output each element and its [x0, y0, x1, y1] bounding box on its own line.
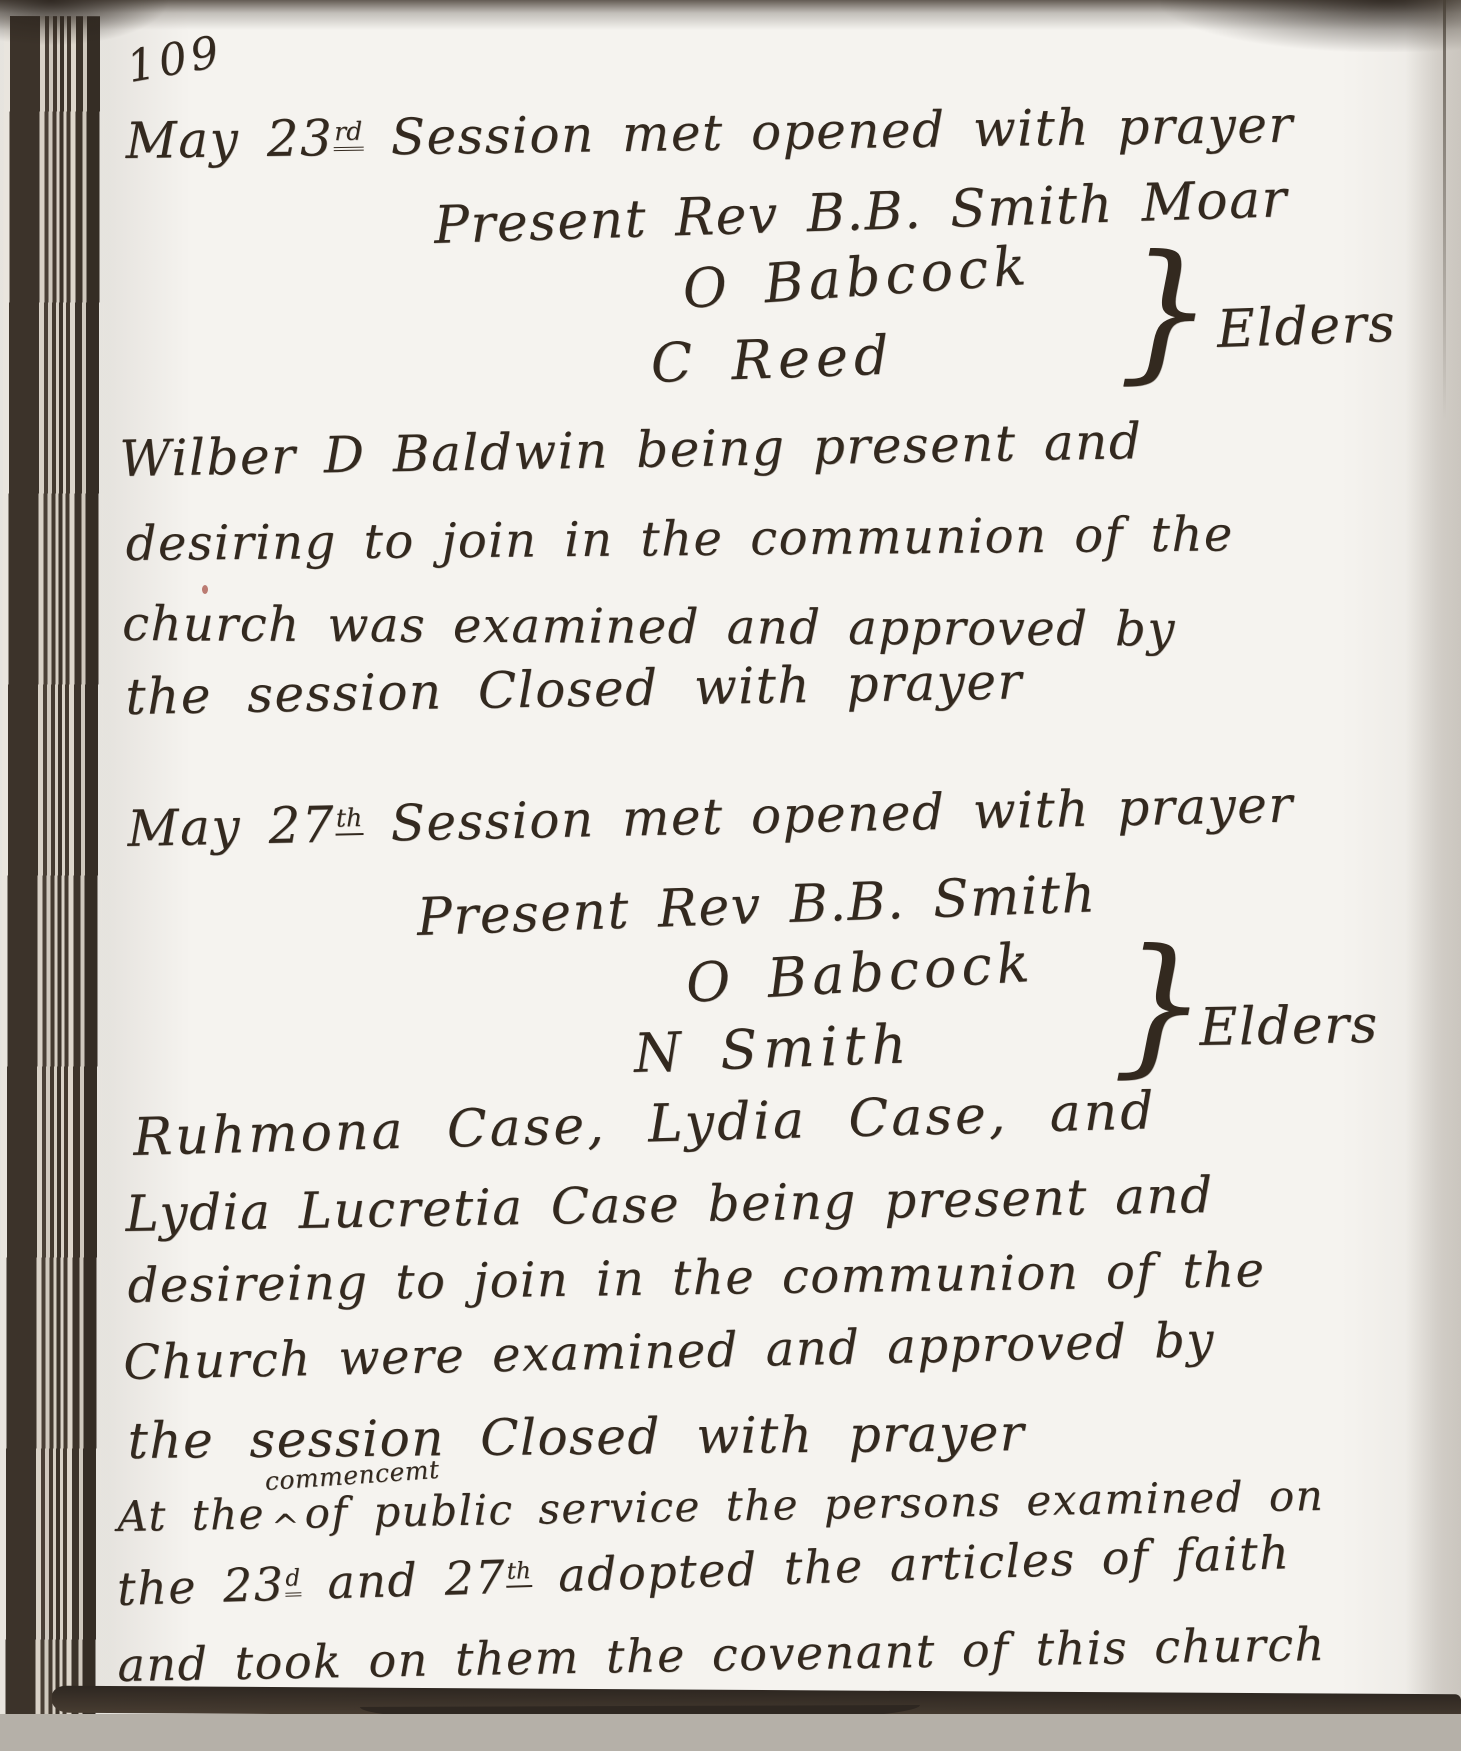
closing-line-1-post: of public service the persons examined o…: [304, 1471, 1324, 1538]
entry2-body-line-5: the session Closed with prayer: [127, 1404, 1025, 1470]
insertion-caret: ^: [271, 1507, 301, 1547]
entry2-heading: May 27th Session met opened with prayer: [127, 776, 1294, 858]
entry2-elders-brace: }: [1112, 930, 1209, 1080]
entry1-body-line-4: the session Closed with prayer: [125, 652, 1023, 726]
closing-line-2-ordinal-2: th: [505, 1558, 532, 1588]
scan-shadow-top: [0, 0, 1461, 34]
scan-shadow-right: [1405, 0, 1461, 1751]
ink-speck: [202, 585, 208, 594]
entry2-heading-text: Session met opened with prayer: [363, 776, 1295, 853]
entry2-body-line-1: Ruhmona Case, Lydia Case, and: [132, 1081, 1157, 1168]
entry2-heading-date: May 27: [127, 796, 336, 858]
closing-line-2-ordinal-1: d: [284, 1565, 302, 1597]
entry2-body-line-4: Church were examined and approved by: [123, 1312, 1216, 1391]
closing-line-1-pre: At the: [117, 1489, 265, 1541]
entry1-heading-text: Session met opened with prayer: [363, 96, 1294, 167]
entry1-elder-2: C Reed: [650, 324, 896, 395]
book-binding-edge: [0, 16, 104, 1716]
entry1-body-line-1: Wilber D Baldwin being present and: [119, 412, 1143, 488]
closing-line-2-mid: and 27: [300, 1550, 506, 1610]
page-fold-line: [1443, 0, 1446, 420]
entry1-elders-label: Elders: [1216, 294, 1397, 360]
entry1-body-line-3: church was examined and approved by: [122, 596, 1176, 658]
closing-line-2-pre: the 23: [116, 1557, 285, 1616]
entry2-heading-ordinal: th: [335, 803, 364, 836]
entry1-body-line-2: desiring to join in the communion of the: [126, 506, 1234, 572]
entry1-elder-1: O Babcock: [681, 234, 1033, 321]
scanned-page: 109 May 23rd Session met opened with pra…: [0, 0, 1461, 1751]
entry1-heading-date: May 23: [125, 109, 334, 170]
entry2-elders-label: Elders: [1199, 995, 1379, 1058]
entry2-elder-1: O Babcock: [684, 931, 1036, 1015]
entry2-body-line-3: desireing to join in the communion of th…: [127, 1242, 1266, 1314]
scan-background-bottom: [0, 1714, 1461, 1751]
entry1-elders-brace: }: [1118, 236, 1215, 386]
closing-line-3: and took on them the covenant of this ch…: [117, 1617, 1326, 1692]
entry2-body-line-2: Lydia Lucretia Case being present and: [125, 1166, 1214, 1243]
entry1-heading: May 23rd Session met opened with prayer: [125, 96, 1294, 170]
entry2-elder-2: N Smith: [633, 1012, 913, 1085]
entry1-heading-ordinal: rd: [333, 117, 363, 151]
